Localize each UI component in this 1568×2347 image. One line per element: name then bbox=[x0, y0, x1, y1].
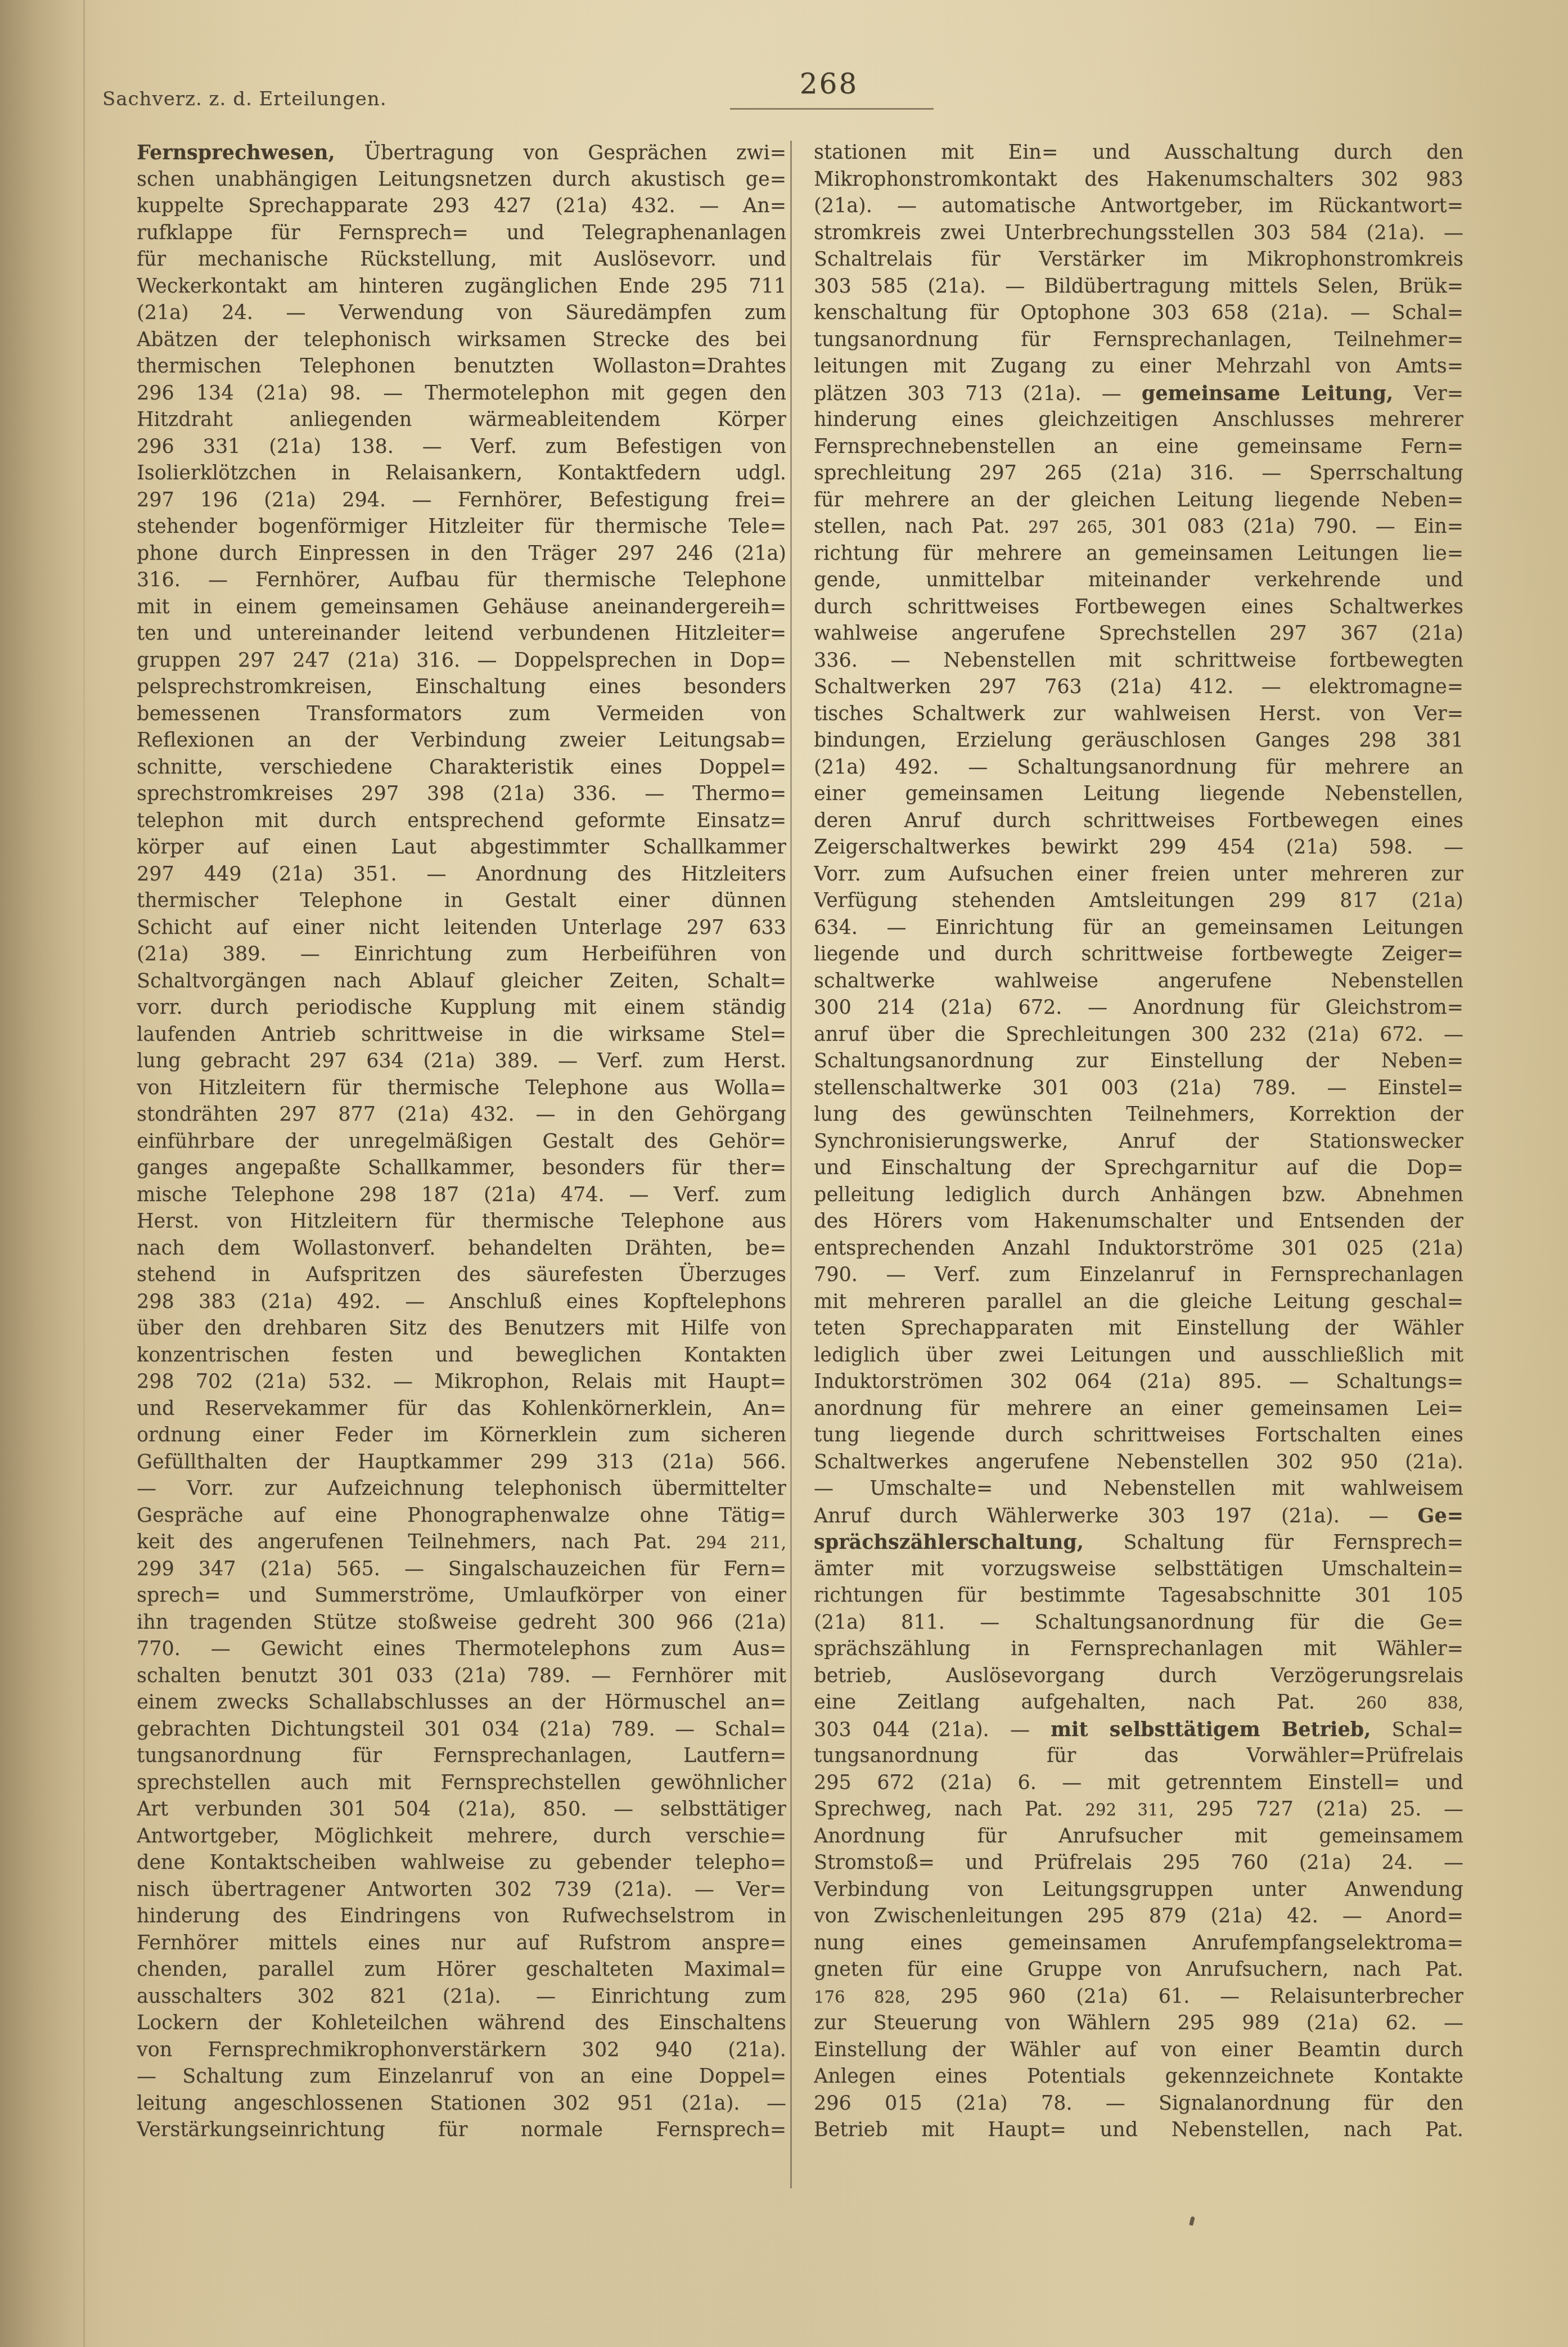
text-line: ordnung einer Feder im Körnerklein zum s… bbox=[137, 1422, 786, 1449]
text-line: Betrieb mit Haupt= und Nebenstellen, nac… bbox=[814, 2117, 1463, 2144]
text-line: für mehrere an der gleichen Leitung lieg… bbox=[814, 487, 1463, 514]
text-segment: einem zwecks Schallabschlusses an der Hö… bbox=[137, 1691, 786, 1714]
text-line: stondrähten 297 877 (21a) 432. — in den … bbox=[137, 1101, 786, 1128]
text-segment: eine Zeitlang aufgehalten, nach Pat. bbox=[814, 1691, 1356, 1714]
text-segment: Verbindung von Leitungsgruppen unter Anw… bbox=[814, 1878, 1463, 1901]
text-line: Mikrophonstromkontakt des Hakenumschalte… bbox=[814, 167, 1463, 194]
text-segment: Herst. von Hitzleitern für thermische Te… bbox=[137, 1210, 786, 1233]
text-line: 297 196 (21a) 294. — Fernhörer, Befestig… bbox=[137, 487, 786, 514]
text-line: keit des angerufenen Teilnehmers, nach P… bbox=[137, 1529, 786, 1556]
text-line: schalten benutzt 301 033 (21a) 789. — Fe… bbox=[137, 1663, 786, 1690]
text-line: Verbindung von Leitungsgruppen unter Anw… bbox=[814, 1877, 1463, 1904]
text-segment: einführbare der unregelmäßigen Gestalt d… bbox=[137, 1130, 786, 1153]
small-patent-number: 292 311, bbox=[1085, 1800, 1174, 1819]
text-line: vorr. durch periodische Kupplung mit ein… bbox=[137, 995, 786, 1022]
text-line: ganges angepaßte Schallkammer, besonders… bbox=[137, 1155, 786, 1182]
text-line: tungsanordnung für Fernsprechanlagen, Te… bbox=[814, 327, 1463, 354]
text-line: liegende und durch schrittweise fortbewe… bbox=[814, 941, 1463, 968]
text-line: sprächszählung in Fernsprechanlagen mit … bbox=[814, 1636, 1463, 1663]
text-segment: des Hörers vom Hakenumschalter und Entse… bbox=[814, 1210, 1463, 1233]
text-line: Schaltwerkes angerufene Nebenstellen 302… bbox=[814, 1449, 1463, 1476]
text-segment: Induktorströmen 302 064 (21a) 895. — Sch… bbox=[814, 1370, 1463, 1393]
text-segment: keit des angerufenen Teilnehmers, nach P… bbox=[137, 1531, 696, 1553]
text-line: stehender bogenförmiger Hitzleiter für t… bbox=[137, 514, 786, 541]
text-line: 303 044 (21a). — mit selbsttätigem Betri… bbox=[814, 1716, 1463, 1743]
text-segment: tungsanordnung für das Vorwähler=Prüfrel… bbox=[814, 1744, 1463, 1767]
text-segment: 297 196 (21a) 294. — Fernhörer, Befestig… bbox=[137, 489, 786, 511]
text-line: Fernsprechwesen, Übertragung von Gespräc… bbox=[137, 140, 786, 167]
text-line: hinderung des Eindringens von Rufwechsel… bbox=[137, 1903, 786, 1930]
text-segment: 303 585 (21a). — Bildübertragung mittels… bbox=[814, 275, 1463, 298]
text-segment: ordnung einer Feder im Körnerklein zum s… bbox=[137, 1424, 786, 1446]
text-line: schnitte, verschiedene Charakteristik ei… bbox=[137, 754, 786, 781]
ink-speck bbox=[1189, 2216, 1195, 2225]
text-segment: für mechanische Rückstellung, mit Auslös… bbox=[137, 248, 786, 271]
text-line: nung eines gemeinsamen Anrufempfangselek… bbox=[814, 1930, 1463, 1957]
text-segment: schnitte, verschiedene Charakteristik ei… bbox=[137, 756, 786, 779]
text-segment: schalten benutzt 301 033 (21a) 789. — Fe… bbox=[137, 1665, 786, 1687]
text-segment: phone durch Einpressen in den Träger 297… bbox=[137, 542, 786, 565]
text-segment: Anlegen eines Potentials gekennzeichnete… bbox=[814, 2065, 1463, 2088]
text-segment: kuppelte Sprechapparate 293 427 (21a) 43… bbox=[137, 195, 786, 217]
text-line: von Hitzleitern für thermische Telephone… bbox=[137, 1075, 786, 1102]
text-line: ämter mit vorzugsweise selbsttätigen Ums… bbox=[814, 1556, 1463, 1583]
text-line: Art verbunden 301 504 (21a), 850. — selb… bbox=[137, 1796, 786, 1823]
text-segment: stondrähten 297 877 (21a) 432. — in den … bbox=[137, 1103, 786, 1126]
text-segment: leitung angeschlossenen Stationen 302 95… bbox=[137, 2092, 786, 2115]
text-segment: entsprechenden Anzahl Induktorströme 301… bbox=[814, 1237, 1463, 1260]
text-segment: 296 134 (21a) 98. — Thermotelephon mit g… bbox=[137, 382, 786, 404]
text-segment: 790. — Verf. zum Einzelanruf in Fernspre… bbox=[814, 1264, 1463, 1286]
text-segment: thermischer Telephone in Gestalt einer d… bbox=[137, 889, 786, 912]
small-patent-number: 294 211, bbox=[696, 1533, 786, 1552]
text-segment: hinderung eines gleichzeitigen Anschluss… bbox=[814, 408, 1463, 431]
text-line: Schaltwerken 297 763 (21a) 412. — elektr… bbox=[814, 674, 1463, 701]
text-segment: körper auf einen Laut abgestimmter Schal… bbox=[137, 836, 786, 858]
text-line: Synchronisierungswerke, Anruf der Statio… bbox=[814, 1128, 1463, 1155]
text-segment: sprech= und Summerströme, Umlaufkörper v… bbox=[137, 1584, 786, 1607]
text-line: bindungen, Erzielung geräuschlosen Gange… bbox=[814, 727, 1463, 754]
page-number: 268 bbox=[790, 68, 868, 100]
text-line: durch schrittweises Fortbewegen eines Sc… bbox=[814, 594, 1463, 621]
text-segment: Isolierklötzchen in Relaisankern, Kontak… bbox=[137, 462, 786, 484]
text-segment: 295 960 (21a) 61. — Relaisunterbrecher bbox=[911, 1985, 1463, 2008]
text-segment: stehend in Aufspritzen des säurefesten Ü… bbox=[137, 1264, 786, 1286]
text-segment: gebrachten Dichtungsteil 301 034 (21a) 7… bbox=[137, 1718, 786, 1741]
text-line: Vorr. zum Aufsuchen einer freien unter m… bbox=[814, 861, 1463, 888]
running-head: Sachverz. z. d. Erteilungen. bbox=[102, 88, 387, 110]
page-crease bbox=[83, 0, 85, 2347]
small-patent-number: 176 828, bbox=[814, 1988, 911, 2007]
text-line: kenschaltung für Optophone 303 658 (21a)… bbox=[814, 300, 1463, 327]
text-segment: stationen mit Ein= und Ausschaltung durc… bbox=[814, 141, 1463, 164]
text-line: laufenden Antrieb schrittweise in die wi… bbox=[137, 1022, 786, 1049]
text-line: 296 331 (21a) 138. — Verf. zum Befestige… bbox=[137, 434, 786, 461]
text-segment: — Umschalte= und Nebenstellen mit wahlwe… bbox=[814, 1477, 1463, 1500]
text-line: bemessenen Transformators zum Vermeiden … bbox=[137, 701, 786, 728]
text-segment: gneten für eine Gruppe von Anrufsuchern,… bbox=[814, 1958, 1463, 1981]
text-segment: 301 083 (21a) 790. — Ein= bbox=[1113, 515, 1463, 538]
text-line: 298 383 (21a) 492. — Anschluß eines Kopf… bbox=[137, 1289, 786, 1316]
text-line: mit mehreren parallel an die gleiche Lei… bbox=[814, 1289, 1463, 1316]
text-line: (21a) 492. — Schaltungsanordnung für meh… bbox=[814, 754, 1463, 781]
text-segment: über den drehbaren Sitz des Benutzers mi… bbox=[137, 1317, 786, 1339]
text-line: 300 214 (21a) 672. — Anordnung für Gleic… bbox=[814, 995, 1463, 1022]
text-segment: Fernhörer mittels eines nur auf Rufstrom… bbox=[137, 1932, 786, 1954]
text-segment: Verstärkungseinrichtung für normale Fern… bbox=[137, 2119, 786, 2141]
text-segment: kenschaltung für Optophone 303 658 (21a)… bbox=[814, 302, 1463, 324]
text-segment: chenden, parallel zum Hörer geschalteten… bbox=[137, 1958, 786, 1981]
text-segment: von Fernsprechmikrophonverstärkern 302 9… bbox=[137, 2039, 786, 2061]
text-line: stationen mit Ein= und Ausschaltung durc… bbox=[814, 140, 1463, 167]
left-column: Fernsprechwesen, Übertragung von Gespräc… bbox=[137, 140, 786, 2144]
text-segment: schaltwerke wahlweise angerufene Nebenst… bbox=[814, 970, 1463, 992]
text-segment: 295 727 (21a) 25. — bbox=[1174, 1798, 1463, 1820]
text-line: richtungen für bestimmte Tagesabschnitte… bbox=[814, 1582, 1463, 1609]
keyword-bold: Ge= bbox=[1418, 1504, 1463, 1527]
text-line: und Reservekammer für das Kohlenkörnerkl… bbox=[137, 1396, 786, 1423]
text-line: konzentrischen festen und beweglichen Ko… bbox=[137, 1342, 786, 1369]
text-segment: sprechleitung 297 265 (21a) 316. — Sperr… bbox=[814, 462, 1463, 484]
text-line: pelsprechstromkreisen, Einschaltung eine… bbox=[137, 674, 786, 701]
text-segment: plätzen 303 713 (21a). — bbox=[814, 383, 1142, 405]
text-segment: vorr. durch periodische Kupplung mit ein… bbox=[137, 996, 786, 1019]
text-segment: und Reservekammer für das Kohlenkörnerkl… bbox=[137, 1397, 786, 1420]
text-line: dene Kontaktscheiben wahlweise zu gebend… bbox=[137, 1850, 786, 1877]
text-line: körper auf einen Laut abgestimmter Schal… bbox=[137, 834, 786, 861]
text-line: 316. — Fernhörer, Aufbau für thermische … bbox=[137, 567, 786, 594]
text-segment: leitungen mit Zugang zu einer Mehrzahl v… bbox=[814, 355, 1463, 377]
text-segment: (21a) 492. — Schaltungsanordnung für meh… bbox=[814, 756, 1463, 779]
text-line: Verstärkungseinrichtung für normale Fern… bbox=[137, 2117, 786, 2144]
text-line: Gespräche auf eine Phonographenwalze ohn… bbox=[137, 1503, 786, 1530]
text-segment: Schaltwerkes angerufene Nebenstellen 302… bbox=[814, 1451, 1463, 1473]
text-line: betrieb, Auslösevorgang durch Verzögerun… bbox=[814, 1663, 1463, 1690]
right-column: stationen mit Ein= und Ausschaltung durc… bbox=[814, 140, 1463, 2144]
text-segment: Synchronisierungswerke, Anruf der Statio… bbox=[814, 1130, 1463, 1153]
text-line: plätzen 303 713 (21a). — gemeinsame Leit… bbox=[814, 380, 1463, 407]
text-segment: Vorr. zum Aufsuchen einer freien unter m… bbox=[814, 863, 1463, 885]
text-segment: lung des gewünschten Teilnehmers, Korrek… bbox=[814, 1103, 1463, 1126]
text-line: gebrachten Dichtungsteil 301 034 (21a) 7… bbox=[137, 1716, 786, 1743]
text-line: leitung angeschlossenen Stationen 302 95… bbox=[137, 2090, 786, 2117]
text-segment: pelleitung lediglich durch Anhängen bzw.… bbox=[814, 1184, 1463, 1206]
text-segment: Stromstoß= und Prüfrelais 295 760 (21a) … bbox=[814, 1851, 1463, 1874]
text-line: richtung für mehrere an gemeinsamen Leit… bbox=[814, 541, 1463, 568]
text-line: gende, unmittelbar miteinander verkehren… bbox=[814, 567, 1463, 594]
text-line: Schicht auf einer nicht leitenden Unterl… bbox=[137, 915, 786, 942]
text-segment: Hitzdraht anliegenden wärmeableitendem K… bbox=[137, 408, 786, 431]
text-line: lediglich über zwei Leitungen und aussch… bbox=[814, 1342, 1463, 1369]
text-line: von Fernsprechmikrophonverstärkern 302 9… bbox=[137, 2037, 786, 2064]
text-line: Anruf durch Wählerwerke 303 197 (21a). —… bbox=[814, 1503, 1463, 1530]
text-segment: dene Kontaktscheiben wahlweise zu gebend… bbox=[137, 1851, 786, 1874]
text-line: Lockern der Kohleteilchen während des Ei… bbox=[137, 2010, 786, 2037]
text-segment: lung gebracht 297 634 (21a) 389. — Verf.… bbox=[137, 1050, 786, 1072]
text-segment: sprächszählung in Fernsprechanlagen mit … bbox=[814, 1638, 1463, 1660]
text-line: (21a). — automatische Antwortgeber, im R… bbox=[814, 193, 1463, 220]
text-segment: stehender bogenförmiger Hitzleiter für t… bbox=[137, 515, 786, 538]
text-segment: mit in einem gemeinsamen Gehäuse aneinan… bbox=[137, 596, 786, 618]
text-line: mit in einem gemeinsamen Gehäuse aneinan… bbox=[137, 594, 786, 621]
text-segment: laufenden Antrieb schrittweise in die wi… bbox=[137, 1023, 786, 1046]
text-line: einem zwecks Schallabschlusses an der Hö… bbox=[137, 1689, 786, 1716]
text-line: des Hörers vom Hakenumschalter und Entse… bbox=[814, 1208, 1463, 1235]
text-line: schaltwerke wahlweise angerufene Nebenst… bbox=[814, 968, 1463, 995]
text-line: phone durch Einpressen in den Träger 297… bbox=[137, 541, 786, 568]
text-line: hinderung eines gleichzeitigen Anschluss… bbox=[814, 407, 1463, 434]
text-segment: 296 015 (21a) 78. — Signalanordnung für … bbox=[814, 2092, 1463, 2115]
text-line: nach dem Wollastonverf. behandelten Dräh… bbox=[137, 1235, 786, 1262]
text-segment: mit mehreren parallel an die gleiche Lei… bbox=[814, 1291, 1463, 1313]
text-line: anruf über die Sprechleitungen 300 232 (… bbox=[814, 1022, 1463, 1049]
text-segment: Schicht auf einer nicht leitenden Unterl… bbox=[137, 916, 786, 939]
text-line: Sprechweg, nach Pat. 292 311, 295 727 (2… bbox=[814, 1796, 1463, 1823]
text-line: wahlweise angerufene Sprechstellen 297 3… bbox=[814, 621, 1463, 648]
keyword-bold: gemeinsame Leitung, bbox=[1142, 382, 1393, 405]
text-segment: 298 702 (21a) 532. — Mikrophon, Relais m… bbox=[137, 1370, 786, 1393]
text-line: von Zwischenleitungen 295 879 (21a) 42. … bbox=[814, 1903, 1463, 1930]
text-line: sprechstromkreises 297 398 (21a) 336. — … bbox=[137, 781, 786, 808]
text-line: thermischen Telephonen benutzten Wollast… bbox=[137, 353, 786, 380]
text-line: mische Telephone 298 187 (21a) 474. — Ve… bbox=[137, 1182, 786, 1209]
text-segment: Schaltrelais für Verstärker im Mikrophon… bbox=[814, 248, 1463, 271]
text-segment: (21a) 811. — Schaltungsanordnung für die… bbox=[814, 1611, 1463, 1634]
text-line: Gefüllthalten der Hauptkammer 299 313 (2… bbox=[137, 1449, 786, 1476]
text-segment: stellen, nach Pat. bbox=[814, 515, 1028, 538]
text-line: ausschalters 302 821 (21a). — Einrichtun… bbox=[137, 1984, 786, 2011]
text-segment: anruf über die Sprechleitungen 300 232 (… bbox=[814, 1023, 1463, 1046]
text-line: Fernhörer mittels eines nur auf Rufstrom… bbox=[137, 1930, 786, 1957]
text-line: rufklappe für Fernsprech= und Telegraphe… bbox=[137, 220, 786, 247]
text-segment: lediglich über zwei Leitungen und aussch… bbox=[814, 1344, 1463, 1366]
text-line: leitungen mit Zugang zu einer Mehrzahl v… bbox=[814, 353, 1463, 380]
text-segment: Anordnung für Anrufsucher mit gemeinsame… bbox=[814, 1825, 1463, 1847]
text-segment: richtung für mehrere an gemeinsamen Leit… bbox=[814, 542, 1463, 565]
text-segment: Antwortgeber, Möglichkeit mehrere, durch… bbox=[137, 1825, 786, 1847]
text-line: kuppelte Sprechapparate 293 427 (21a) 43… bbox=[137, 193, 786, 220]
text-segment: tungsanordnung für Fernsprechanlagen, Te… bbox=[814, 329, 1463, 351]
text-segment: tung liegende durch schrittweises Fortsc… bbox=[814, 1424, 1463, 1446]
text-segment: (21a). — automatische Antwortgeber, im R… bbox=[814, 195, 1463, 217]
text-segment: rufklappe für Fernsprech= und Telegraphe… bbox=[137, 222, 786, 244]
text-line: schen unabhängigen Leitungsnetzen durch … bbox=[137, 167, 786, 194]
text-segment: richtungen für bestimmte Tagesabschnitte… bbox=[814, 1584, 1463, 1607]
text-line: 295 672 (21a) 6. — mit getrenntem Einste… bbox=[814, 1770, 1463, 1797]
text-segment: 299 347 (21a) 565. — Singalschauzeichen … bbox=[137, 1558, 786, 1580]
text-segment: nach dem Wollastonverf. behandelten Dräh… bbox=[137, 1237, 786, 1260]
text-segment: Schaltung für Fernsprech= bbox=[1084, 1531, 1463, 1554]
text-segment: konzentrischen festen und beweglichen Ko… bbox=[137, 1344, 786, 1366]
text-segment: ten und untereinander leitend verbundene… bbox=[137, 622, 786, 645]
text-segment: 770. — Gewicht eines Thermotelephons zum… bbox=[137, 1638, 786, 1660]
keyword-bold: Fernsprechwesen, bbox=[137, 141, 335, 164]
text-line: Fernsprechnebenstellen an eine gemeinsam… bbox=[814, 434, 1463, 461]
text-segment: teten Sprechapparaten mit Einstellung de… bbox=[814, 1317, 1463, 1339]
text-segment: ihn tragenden Stütze stoßweise gedreht 3… bbox=[137, 1611, 786, 1634]
text-segment: bindungen, Erzielung geräuschlosen Gange… bbox=[814, 729, 1463, 752]
text-segment: Schaltwerken 297 763 (21a) 412. — elektr… bbox=[814, 676, 1463, 698]
text-segment: ämter mit vorzugsweise selbsttätigen Ums… bbox=[814, 1558, 1463, 1580]
text-line: — Schaltung zum Einzelanruf von an eine … bbox=[137, 2063, 786, 2090]
text-line: Weckerkontakt am hinteren zugänglichen E… bbox=[137, 273, 786, 300]
text-line: 634. — Einrichtung für an gemeinsamen Le… bbox=[814, 915, 1463, 942]
text-segment: 634. — Einrichtung für an gemeinsamen Le… bbox=[814, 916, 1463, 939]
text-segment: thermischen Telephonen benutzten Wollast… bbox=[137, 355, 786, 377]
text-line: gruppen 297 247 (21a) 316. — Doppelsprec… bbox=[137, 648, 786, 675]
text-line: 303 585 (21a). — Bildübertragung mittels… bbox=[814, 273, 1463, 300]
text-line: teten Sprechapparaten mit Einstellung de… bbox=[814, 1315, 1463, 1342]
text-line: 770. — Gewicht eines Thermotelephons zum… bbox=[137, 1636, 786, 1663]
text-segment: hinderung des Eindringens von Rufwechsel… bbox=[137, 1905, 786, 1927]
text-segment: ausschalters 302 821 (21a). — Einrichtun… bbox=[137, 1985, 786, 2008]
text-segment: Gefüllthalten der Hauptkammer 299 313 (2… bbox=[137, 1451, 786, 1473]
text-segment: mische Telephone 298 187 (21a) 474. — Ve… bbox=[137, 1184, 786, 1206]
text-line: einer gemeinsamen Leitung liegende Neben… bbox=[814, 781, 1463, 808]
text-segment: gruppen 297 247 (21a) 316. — Doppelsprec… bbox=[137, 649, 786, 672]
text-segment: schen unabhängigen Leitungsnetzen durch … bbox=[137, 168, 786, 191]
text-line: 299 347 (21a) 565. — Singalschauzeichen … bbox=[137, 1556, 786, 1583]
page-edge-shadow bbox=[0, 0, 104, 2347]
text-line: nisch übertragener Antworten 302 739 (21… bbox=[137, 1877, 786, 1904]
text-line: eine Zeitlang aufgehalten, nach Pat. 260… bbox=[814, 1689, 1463, 1716]
page-number-rule bbox=[730, 108, 934, 110]
text-line: Verfügung stehenden Amtsleitungen 299 81… bbox=[814, 888, 1463, 915]
text-line: anordnung für mehrere an einer gemeinsam… bbox=[814, 1396, 1463, 1423]
text-line: Anordnung für Anrufsucher mit gemeinsame… bbox=[814, 1823, 1463, 1850]
text-line: Reflexionen an der Verbindung zweier Lei… bbox=[137, 727, 786, 754]
text-segment: 298 383 (21a) 492. — Anschluß eines Kopf… bbox=[137, 1291, 786, 1313]
text-line: 176 828, 295 960 (21a) 61. — Relaisunter… bbox=[814, 1984, 1463, 2011]
text-segment: Zeigerschaltwerkes bewirkt 299 454 (21a)… bbox=[814, 836, 1463, 858]
text-segment: bemessenen Transformators zum Vermeiden … bbox=[137, 703, 786, 725]
text-segment: von Zwischenleitungen 295 879 (21a) 42. … bbox=[814, 1905, 1463, 1927]
text-segment: telephon mit durch entsprechend geformte… bbox=[137, 810, 786, 832]
text-line: Stromstoß= und Prüfrelais 295 760 (21a) … bbox=[814, 1850, 1463, 1877]
text-line: (21a) 811. — Schaltungsanordnung für die… bbox=[814, 1609, 1463, 1636]
text-line: pelleitung lediglich durch Anhängen bzw.… bbox=[814, 1182, 1463, 1209]
text-line: Antwortgeber, Möglichkeit mehrere, durch… bbox=[137, 1823, 786, 1850]
text-segment: durch schrittweises Fortbewegen eines Sc… bbox=[814, 596, 1463, 618]
text-line: sprächszählerschaltung, Schaltung für Fe… bbox=[814, 1529, 1463, 1556]
text-segment: 295 672 (21a) 6. — mit getrenntem Einste… bbox=[814, 1772, 1463, 1794]
text-segment: 296 331 (21a) 138. — Verf. zum Befestige… bbox=[137, 435, 786, 458]
text-segment: 300 214 (21a) 672. — Anordnung für Gleic… bbox=[814, 996, 1463, 1019]
text-segment: Einstellung der Wähler auf von einer Bea… bbox=[814, 2039, 1463, 2061]
text-segment: sprechstellen auch mit Fernsprechstellen… bbox=[137, 1772, 786, 1794]
text-line: Zeigerschaltwerkes bewirkt 299 454 (21a)… bbox=[814, 834, 1463, 861]
keyword-bold: sprächszählerschaltung, bbox=[814, 1531, 1084, 1554]
text-segment: sprechstromkreises 297 398 (21a) 336. — … bbox=[137, 783, 786, 805]
text-segment: 316. — Fernhörer, Aufbau für thermische … bbox=[137, 569, 786, 591]
text-line: 296 134 (21a) 98. — Thermotelephon mit g… bbox=[137, 380, 786, 407]
text-segment: Betrieb mit Haupt= und Nebenstellen, nac… bbox=[814, 2119, 1463, 2141]
text-line: Schaltungsanordnung zur Einstellung der … bbox=[814, 1048, 1463, 1075]
text-line: 296 015 (21a) 78. — Signalanordnung für … bbox=[814, 2090, 1463, 2117]
text-segment: anordnung für mehrere an einer gemeinsam… bbox=[814, 1397, 1463, 1420]
text-line: stromkreis zwei Unterbrechungsstellen 30… bbox=[814, 220, 1463, 247]
text-line: tung liegende durch schrittweises Fortsc… bbox=[814, 1422, 1463, 1449]
text-line: Isolierklötzchen in Relaisankern, Kontak… bbox=[137, 460, 786, 487]
text-segment: und Einschaltung der Sprechgarnitur auf … bbox=[814, 1157, 1463, 1179]
text-segment: wahlweise angerufene Sprechstellen 297 3… bbox=[814, 622, 1463, 645]
text-segment: tisches Schaltwerk zur wahlweisen Herst.… bbox=[814, 703, 1463, 725]
text-segment: Schaltvorgängen nach Ablauf gleicher Zei… bbox=[137, 970, 786, 992]
text-segment: (21a) 24. — Verwendung von Säuredämpfen … bbox=[137, 302, 786, 324]
text-segment: 297 449 (21a) 351. — Anordnung des Hitzl… bbox=[137, 863, 786, 885]
text-line: sprech= und Summerströme, Umlaufkörper v… bbox=[137, 1582, 786, 1609]
text-line: und Einschaltung der Sprechgarnitur auf … bbox=[814, 1155, 1463, 1182]
text-line: 297 449 (21a) 351. — Anordnung des Hitzl… bbox=[137, 861, 786, 888]
text-segment: tungsanordnung für Fernsprechanlagen, La… bbox=[137, 1744, 786, 1767]
text-line: thermischer Telephone in Gestalt einer d… bbox=[137, 888, 786, 915]
text-segment: Anruf durch Wählerwerke 303 197 (21a). — bbox=[814, 1505, 1418, 1527]
text-line: stellen, nach Pat. 297 265, 301 083 (21a… bbox=[814, 514, 1463, 541]
text-segment: stromkreis zwei Unterbrechungsstellen 30… bbox=[814, 222, 1463, 244]
text-segment: Weckerkontakt am hinteren zugänglichen E… bbox=[137, 275, 786, 298]
text-line: deren Anruf durch schrittweises Fortbewe… bbox=[814, 808, 1463, 835]
text-segment: Art verbunden 301 504 (21a), 850. — selb… bbox=[137, 1798, 786, 1820]
text-segment: Lockern der Kohleteilchen während des Ei… bbox=[137, 2012, 786, 2034]
text-segment: stellenschaltwerke 301 003 (21a) 789. — … bbox=[814, 1077, 1463, 1099]
text-line: Schaltvorgängen nach Ablauf gleicher Zei… bbox=[137, 968, 786, 995]
small-patent-number: 297 265, bbox=[1028, 518, 1113, 537]
text-segment: — Schaltung zum Einzelanruf von an eine … bbox=[137, 2065, 786, 2088]
text-segment: ganges angepaßte Schallkammer, besonders… bbox=[137, 1157, 786, 1179]
keyword-bold: mit selbsttätigem Betrieb, bbox=[1051, 1718, 1371, 1741]
text-line: sprechleitung 297 265 (21a) 316. — Sperr… bbox=[814, 460, 1463, 487]
text-line: stehend in Aufspritzen des säurefesten Ü… bbox=[137, 1262, 786, 1289]
text-line: ihn tragenden Stütze stoßweise gedreht 3… bbox=[137, 1609, 786, 1636]
text-line: chenden, parallel zum Hörer geschalteten… bbox=[137, 1957, 786, 1984]
text-segment: Übertragung von Gesprächen zwi= bbox=[335, 142, 786, 164]
text-line: tisches Schaltwerk zur wahlweisen Herst.… bbox=[814, 701, 1463, 728]
text-segment: Sprechweg, nach Pat. bbox=[814, 1798, 1085, 1820]
text-segment: betrieb, Auslösevorgang durch Verzögerun… bbox=[814, 1665, 1463, 1687]
text-segment: deren Anruf durch schrittweises Fortbewe… bbox=[814, 810, 1463, 832]
text-line: 336. — Nebenstellen mit schrittweise for… bbox=[814, 648, 1463, 675]
text-line: entsprechenden Anzahl Induktorströme 301… bbox=[814, 1235, 1463, 1262]
text-segment: für mehrere an der gleichen Leitung lieg… bbox=[814, 489, 1463, 511]
text-line: telephon mit durch entsprechend geformte… bbox=[137, 808, 786, 835]
text-segment: zur Steuerung von Wählern 295 989 (21a) … bbox=[814, 2012, 1463, 2034]
text-line: — Umschalte= und Nebenstellen mit wahlwe… bbox=[814, 1476, 1463, 1503]
text-segment: nung eines gemeinsamen Anrufempfangselek… bbox=[814, 1932, 1463, 1954]
text-line: sprechstellen auch mit Fernsprechstellen… bbox=[137, 1770, 786, 1797]
text-line: Einstellung der Wähler auf von einer Bea… bbox=[814, 2037, 1463, 2064]
text-segment: 303 044 (21a). — bbox=[814, 1719, 1051, 1741]
text-segment: einer gemeinsamen Leitung liegende Neben… bbox=[814, 783, 1463, 805]
text-segment: Abätzen der telephonisch wirksamen Strec… bbox=[137, 329, 786, 351]
text-line: Herst. von Hitzleitern für thermische Te… bbox=[137, 1208, 786, 1235]
small-patent-number: 260 838, bbox=[1356, 1693, 1463, 1712]
text-line: ten und untereinander leitend verbundene… bbox=[137, 621, 786, 648]
text-line: Abätzen der telephonisch wirksamen Strec… bbox=[137, 327, 786, 354]
text-segment: Reflexionen an der Verbindung zweier Lei… bbox=[137, 729, 786, 752]
text-segment: liegende und durch schrittweise fortbewe… bbox=[814, 943, 1463, 965]
text-segment: 336. — Nebenstellen mit schrittweise for… bbox=[814, 649, 1463, 672]
text-segment: Schaltungsanordnung zur Einstellung der … bbox=[814, 1050, 1463, 1072]
text-line: Hitzdraht anliegenden wärmeableitendem K… bbox=[137, 407, 786, 434]
text-segment: (21a) 389. — Einrichtung zum Herbeiführe… bbox=[137, 943, 786, 965]
text-segment: — Vorr. zur Aufzeichnung telephonisch üb… bbox=[137, 1477, 786, 1500]
text-segment: Ver= bbox=[1393, 383, 1463, 405]
text-line: lung des gewünschten Teilnehmers, Korrek… bbox=[814, 1101, 1463, 1128]
text-segment: Schal= bbox=[1371, 1719, 1463, 1741]
text-line: 790. — Verf. zum Einzelanruf in Fernspre… bbox=[814, 1262, 1463, 1289]
text-line: Schaltrelais für Verstärker im Mikrophon… bbox=[814, 246, 1463, 273]
text-segment: gende, unmittelbar miteinander verkehren… bbox=[814, 569, 1463, 591]
